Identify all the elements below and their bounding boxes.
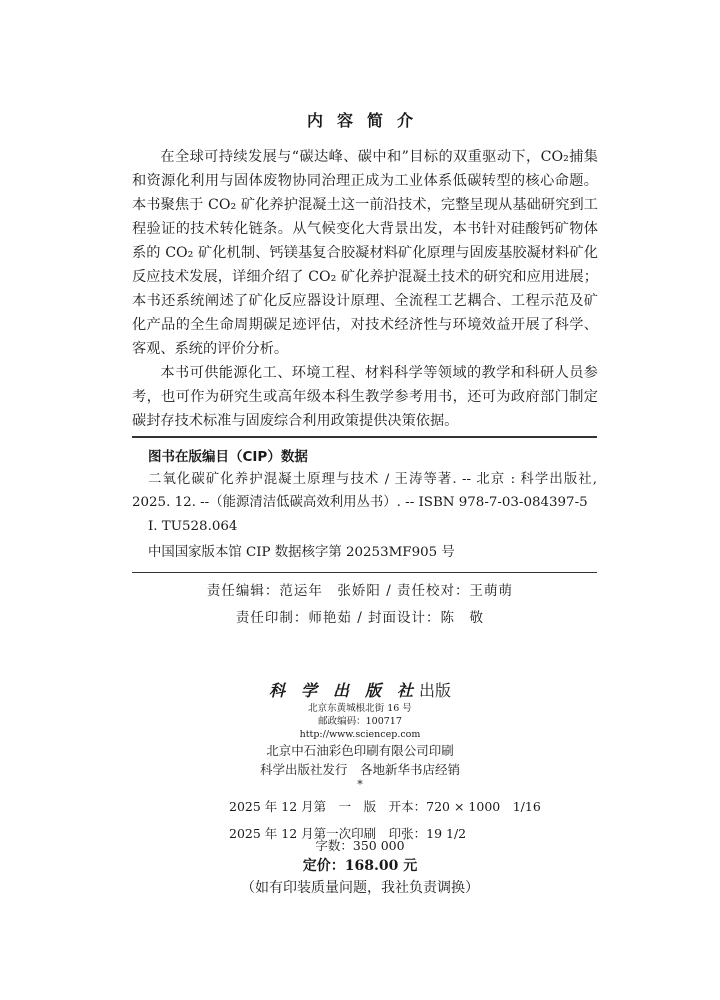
copyright-page: 内容简介 在全球可持续发展与“碳达峰、碳中和”目标的双重驱动下，CO₂捕集和资源… xyxy=(0,0,720,1000)
cip-entry-text: 二氧化碳矿化养护混凝土原理与技术 / 王涛等著. -- 北京 : 科学出版社, … xyxy=(132,468,597,514)
publisher-website: http://www.sciencep.com xyxy=(0,728,720,741)
publisher-suffix: 出版 xyxy=(419,681,451,700)
publisher-logotype: 科学出版社 xyxy=(269,681,429,700)
intro-paragraph-1: 在全球可持续发展与“碳达峰、碳中和”目标的双重驱动下，CO₂捕集和资源化利用与固… xyxy=(132,145,598,361)
page-title: 内容简介 xyxy=(0,108,720,131)
publisher-block: 科学出版社出版 北京东黄城根北街 16 号 邮政编码：100717 http:/… xyxy=(0,680,720,790)
editorial-credits: 责任编辑：范运年 张娇阳 / 责任校对：王萌萌 责任印制：师艳茹 / 封面设计：… xyxy=(0,578,720,632)
printer-line: 北京中石油彩色印刷有限公司印刷 xyxy=(0,741,720,760)
cip-approval-number: 中国国家版本馆 CIP 数据核字第 20253MF905 号 xyxy=(132,540,597,566)
publisher-postcode: 邮政编码：100717 xyxy=(0,715,720,728)
distribution-line: 科学出版社发行 各地新华书店经销 xyxy=(0,760,720,779)
cip-classification: Ⅰ. TU528.064 xyxy=(132,514,597,540)
book-introduction: 在全球可持续发展与“碳达峰、碳中和”目标的双重驱动下，CO₂捕集和资源化利用与固… xyxy=(132,145,598,433)
edition-line: 2025 年 12 月第 一 版 开本：720 × 1000 1/16 xyxy=(229,793,541,820)
word-count: 字数：350 000 xyxy=(0,837,720,855)
cip-data-block: 图书在版编目（CIP）数据 二氧化碳矿化养护混凝土原理与技术 / 王涛等著. -… xyxy=(132,436,597,573)
credits-line-editors: 责任编辑：范运年 张娇阳 / 责任校对：王萌萌 xyxy=(0,578,720,605)
cip-heading: 图书在版编目（CIP）数据 xyxy=(132,446,597,468)
publisher-address: 北京东黄城根北街 16 号 xyxy=(0,702,720,715)
credits-line-printing-design: 责任印制：师艳茹 / 封面设计：陈 敬 xyxy=(0,605,720,632)
separator-asterisk: * xyxy=(0,779,720,790)
quality-notice: （如有印装质量问题，我社负责调换） xyxy=(0,877,720,899)
cip-entry: 二氧化碳矿化养护混凝土原理与技术 / 王涛等著. -- 北京 : 科学出版社, … xyxy=(132,468,597,514)
price: 定价：168.00 元 xyxy=(0,856,720,876)
intro-paragraph-2: 本书可供能源化工、环境工程、材料科学等领域的教学和科研人员参考，也可作为研究生或… xyxy=(132,361,598,433)
publisher-name: 科学出版社出版 xyxy=(0,680,720,702)
